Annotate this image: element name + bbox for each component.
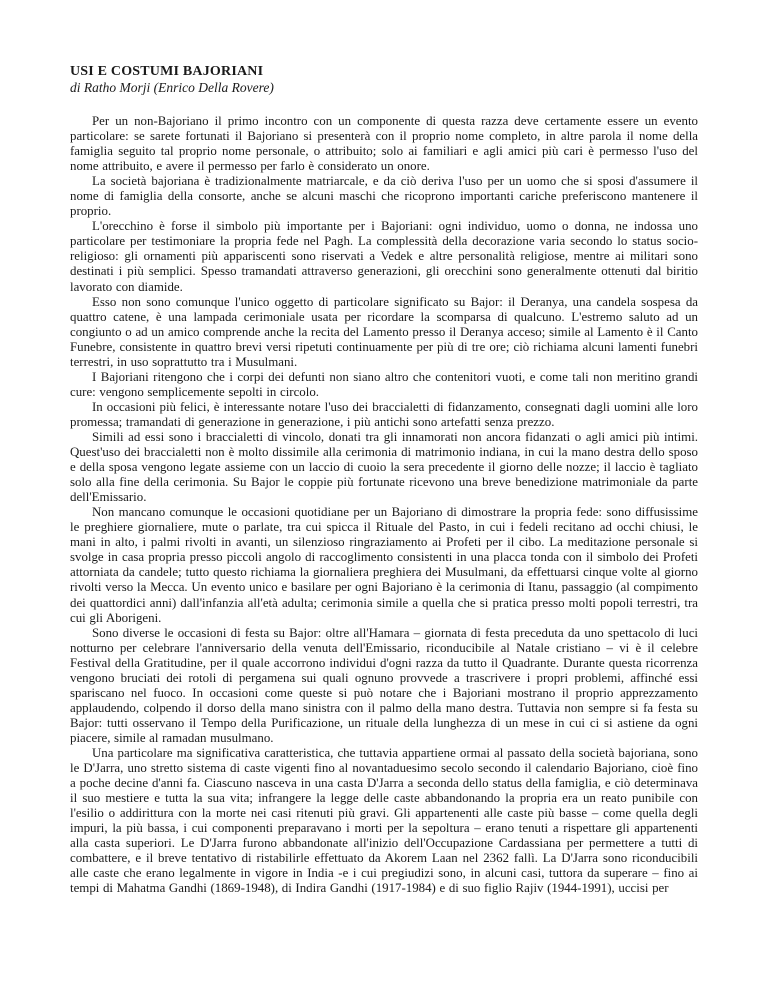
paragraph: Sono diverse le occasioni di festa su Ba… bbox=[70, 626, 698, 746]
paragraph: I Bajoriani ritengono che i corpi dei de… bbox=[70, 370, 698, 400]
paragraph: Per un non-Bajoriano il primo incontro c… bbox=[70, 114, 698, 174]
paragraph: In occasioni più felici, è interessante … bbox=[70, 400, 698, 430]
paragraph: Una particolare ma significativa caratte… bbox=[70, 746, 698, 896]
paragraph: Non mancano comunque le occasioni quotid… bbox=[70, 505, 698, 625]
document-title: USI E COSTUMI BAJORIANI bbox=[70, 64, 698, 80]
paragraph: Esso non sono comunque l'unico oggetto d… bbox=[70, 295, 698, 370]
paragraph: L'orecchino è forse il simbolo più impor… bbox=[70, 219, 698, 294]
paragraph: Simili ad essi sono i braccialetti di vi… bbox=[70, 430, 698, 505]
document-byline: di Ratho Morji (Enrico Della Rovere) bbox=[70, 80, 698, 96]
paragraph: La società bajoriana è tradizionalmente … bbox=[70, 174, 698, 219]
document-page: USI E COSTUMI BAJORIANI di Ratho Morji (… bbox=[0, 0, 768, 994]
document-body: Per un non-Bajoriano il primo incontro c… bbox=[70, 114, 698, 896]
